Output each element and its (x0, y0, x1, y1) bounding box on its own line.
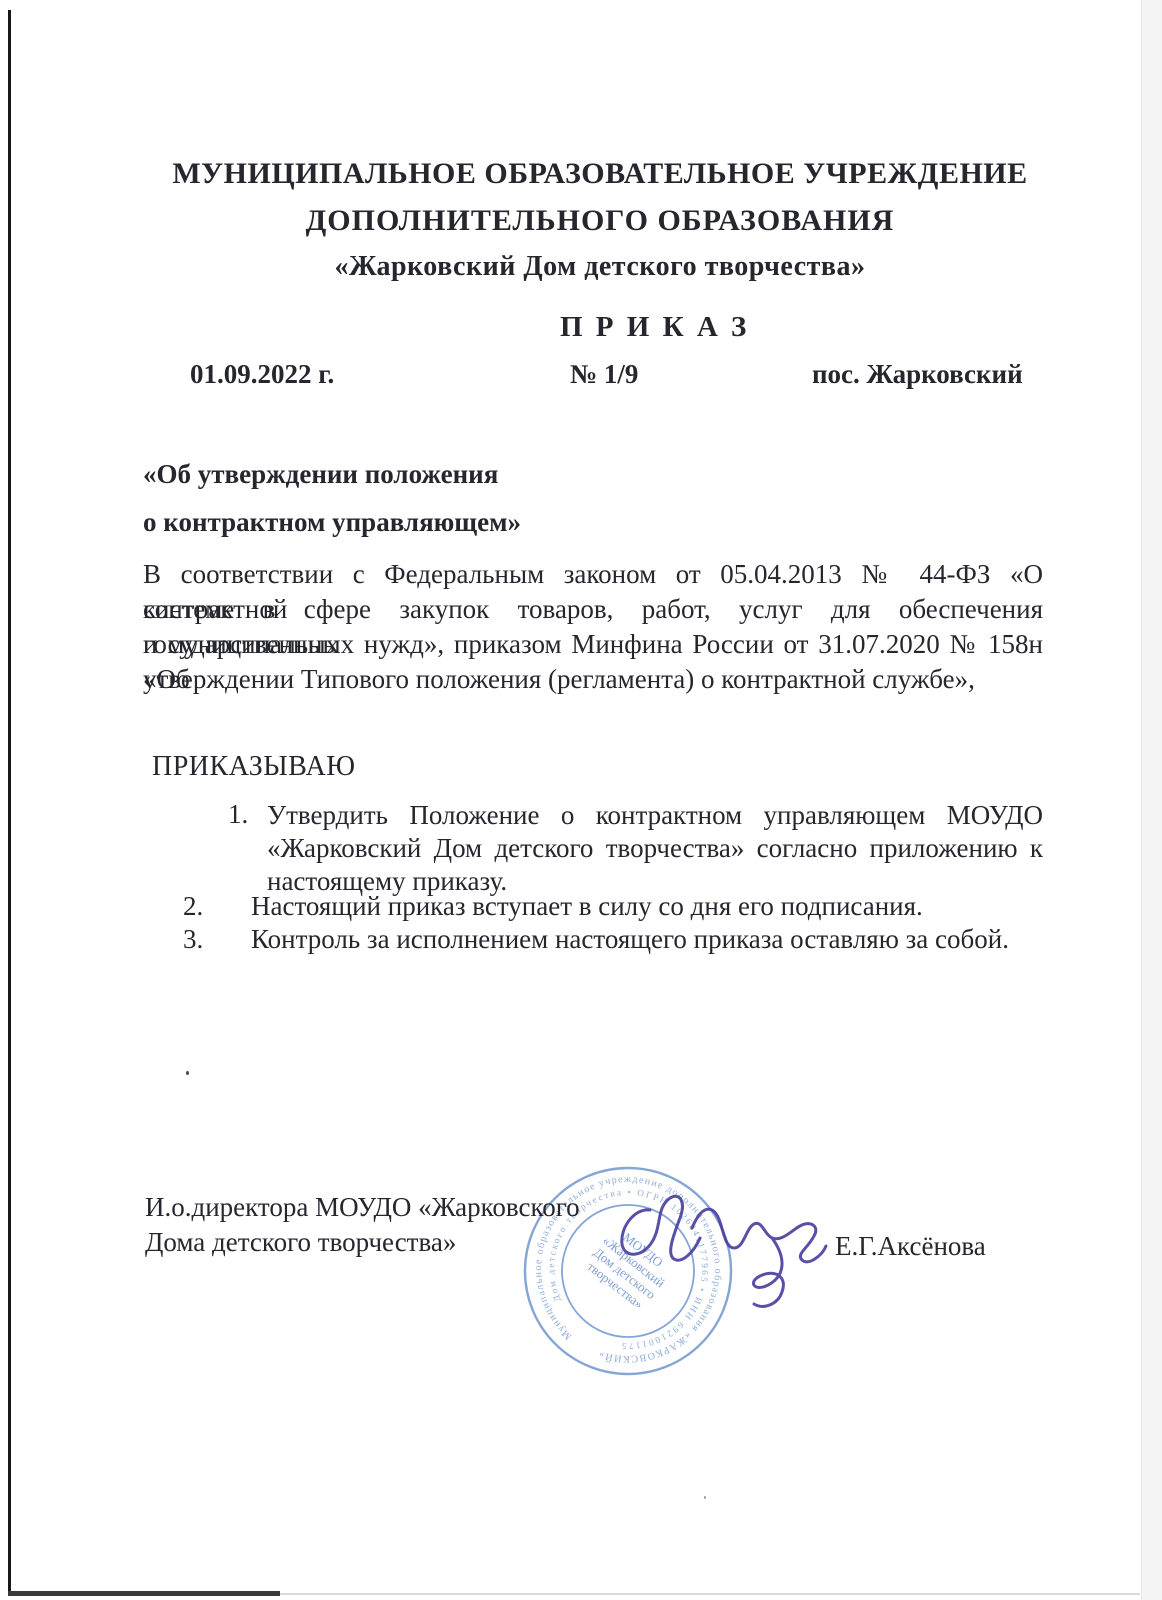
signature-graphic (598, 1172, 828, 1317)
item-3-text: Контроль за исполнением настоящего прика… (251, 924, 1009, 955)
preamble-line: В соответствии с Федеральным законом от … (143, 557, 1043, 592)
item-2-number: 2. (183, 891, 203, 922)
item-1-text: Утвердить Положение о контрактном управл… (267, 799, 1043, 898)
signer-role-line2: Дома детского творчества» (145, 1227, 456, 1258)
scan-edge-right-band (1141, 0, 1162, 1600)
order-number: № 1/9 (570, 359, 638, 390)
item-1-line: Утвердить Положение о контрактном управл… (267, 799, 1043, 832)
order-title: П Р И К А З (560, 311, 749, 344)
org-name-line1: МУНИЦИПАЛЬНОЕ ОБРАЗОВАТЕЛЬНОЕ УЧРЕЖДЕНИЕ (100, 157, 1100, 191)
item-1-line: «Жарковский Дом детского творчества» сог… (267, 832, 1043, 865)
item-3-number: 3. (183, 924, 203, 955)
preamble-paragraph: В соответствии с Федеральным законом от … (143, 557, 1043, 697)
order-place: пос. Жарковский (812, 359, 1023, 390)
scan-edge-bottom-light-line (280, 1593, 1140, 1595)
scan-edge-left-line (8, 10, 11, 1593)
item-1-number: 1. (228, 799, 248, 830)
org-name-line3: «Жарковский Дом детского творчества» (100, 251, 1100, 283)
subject-line1: «Об утверждении положения (143, 459, 498, 490)
signer-name: Е.Г.Аксёнова (835, 1231, 986, 1262)
scan-speck (704, 1496, 706, 1499)
preamble-line: системе в сфере закупок товаров, работ, … (143, 592, 1043, 627)
scan-speck (186, 1071, 189, 1075)
resolution-word: ПРИКАЗЫВАЮ (152, 751, 356, 783)
preamble-line: и муниципальных нужд», приказом Минфина … (143, 627, 1043, 662)
subject-line2: о контрактном управляющем» (143, 507, 521, 538)
order-date: 01.09.2022 г. (190, 359, 334, 390)
scanned-order-page: { "document": { "header": { "line1": "МУ… (0, 0, 1162, 1600)
preamble-line: утверждении Типового положения (регламен… (143, 662, 1043, 697)
org-name-line2: ДОПОЛНИТЕЛЬНОГО ОБРАЗОВАНИЯ (100, 204, 1100, 238)
signer-role-line1: И.о.директора МОУДО «Жарковского (145, 1192, 580, 1223)
scan-edge-bottom-dark-line (8, 1591, 280, 1596)
item-2-text: Настоящий приказ вступает в силу со дня … (251, 891, 923, 922)
handwritten-signature (598, 1172, 828, 1317)
